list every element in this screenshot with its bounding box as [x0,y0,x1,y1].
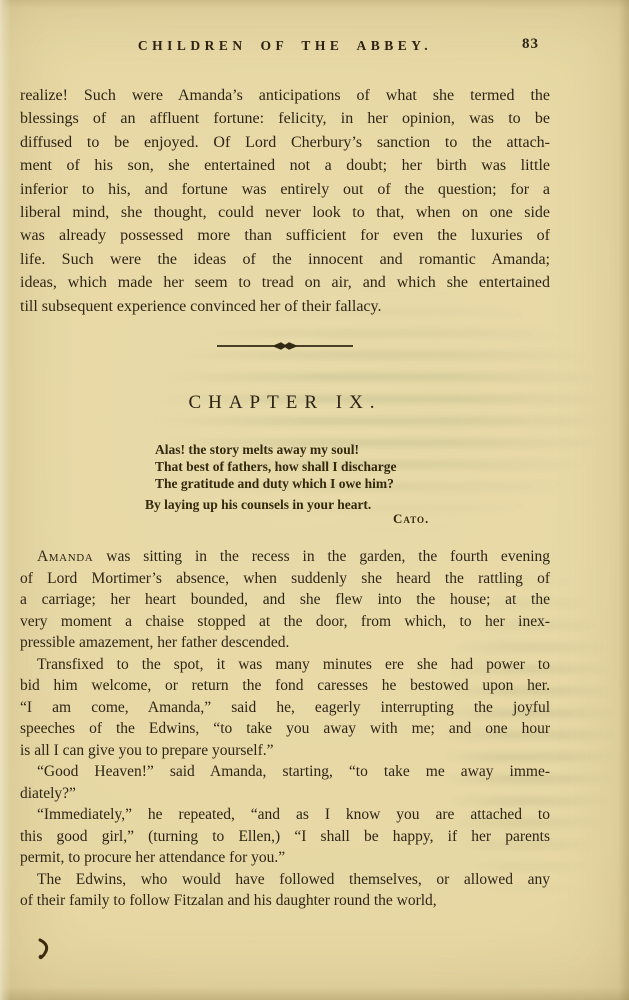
divider-ornament-icon [215,339,355,353]
text-line: speeches of the Edwins, “to take you awa… [20,718,550,740]
text-line: liberal mind, she thought, could never l… [20,201,550,224]
text-line: realize! Such were Amanda’s anticipation… [20,84,550,107]
epigraph-line: The gratitude and duty which I owe him? [155,475,550,492]
text-line: The Edwins, who would have followed them… [20,869,550,891]
text-line: very moment a chaise stopped at the door… [20,611,550,633]
paragraph: Transfixed to the spot, it was many minu… [20,654,550,762]
text-line: bid him welcome, or return the fond care… [20,675,550,697]
epigraph-poem: Alas! the story melts away my soul!That … [145,441,550,492]
text-line: of Lord Mortimer’s absence, when suddenl… [20,568,550,590]
text-line: pressible amazement, her father descende… [20,632,550,654]
text-line: inferior to his, and fortune was entirel… [20,178,550,201]
page-header: CHILDREN OF THE ABBEY. 83 [20,37,550,55]
paragraph: “Immediately,” he repeated, “and as I kn… [20,804,550,869]
book-page-scan: CHILDREN OF THE ABBEY. 83 realize! Such … [0,0,629,1000]
text-line: ment of his son, she entertained not a d… [20,154,550,177]
epigraph-line: That best of fathers, how shall I discha… [155,458,550,475]
text-line: ideas, which made her seem to tread on a… [20,271,550,294]
epigraph-line: Alas! the story melts away my soul! [155,441,550,458]
section-divider [215,339,355,353]
text-line: a carriage; her heart bounded, and she f… [20,589,550,611]
text-line: “Immediately,” he repeated, “and as I kn… [20,804,550,826]
text-line: was already possessed more than sufficie… [20,224,550,247]
text-line: till subsequent experience convinced her… [20,295,550,318]
text-line: life. Such were the ideas of the innocen… [20,248,550,271]
text-line: permit, to procure her attendance for yo… [20,847,550,869]
paragraph: Amanda was sitting in the recess in the … [20,546,550,654]
text-line: this good girl,” (turning to Ellen,) “I … [20,826,550,848]
running-title: CHILDREN OF THE ABBEY. [138,38,432,53]
page-number: 83 [522,36,539,53]
text-line: of their family to follow Fitzalan and h… [20,890,550,912]
chapter-heading: CHAPTER IX. [20,392,550,414]
text-line: “Good Heaven!” said Amanda, starting, “t… [20,761,550,783]
epigraph-attribution: Cato. [145,512,550,526]
text-line: Transfixed to the spot, it was many minu… [20,654,550,676]
text-line: “I am come, Amanda,” said he, eagerly in… [20,697,550,719]
text-line: blessings of an affluent fortune: felici… [20,107,550,130]
small-caps-lead-word: Amanda [37,548,93,565]
ink-stroke-mark [36,938,54,967]
text-line: diffused to be enjoyed. Of Lord Cherbury… [20,131,550,154]
chapter-epigraph: Alas! the story melts away my soul!That … [20,441,550,526]
paragraph: The Edwins, who would have followed them… [20,869,550,912]
page-text-block: realize! Such were Amanda’s anticipation… [20,84,550,912]
chapter-body: Amanda was sitting in the recess in the … [20,546,550,912]
text-line: is all I can give you to prepare yoursel… [20,740,550,762]
text-line: diately?” [20,783,550,805]
paragraph: “Good Heaven!” said Amanda, starting, “t… [20,761,550,804]
continuation-paragraph: realize! Such were Amanda’s anticipation… [20,84,550,318]
text-line: Amanda was sitting in the recess in the … [20,546,550,568]
epigraph-footer-line: By laying up his counsels in your heart. [145,498,550,512]
